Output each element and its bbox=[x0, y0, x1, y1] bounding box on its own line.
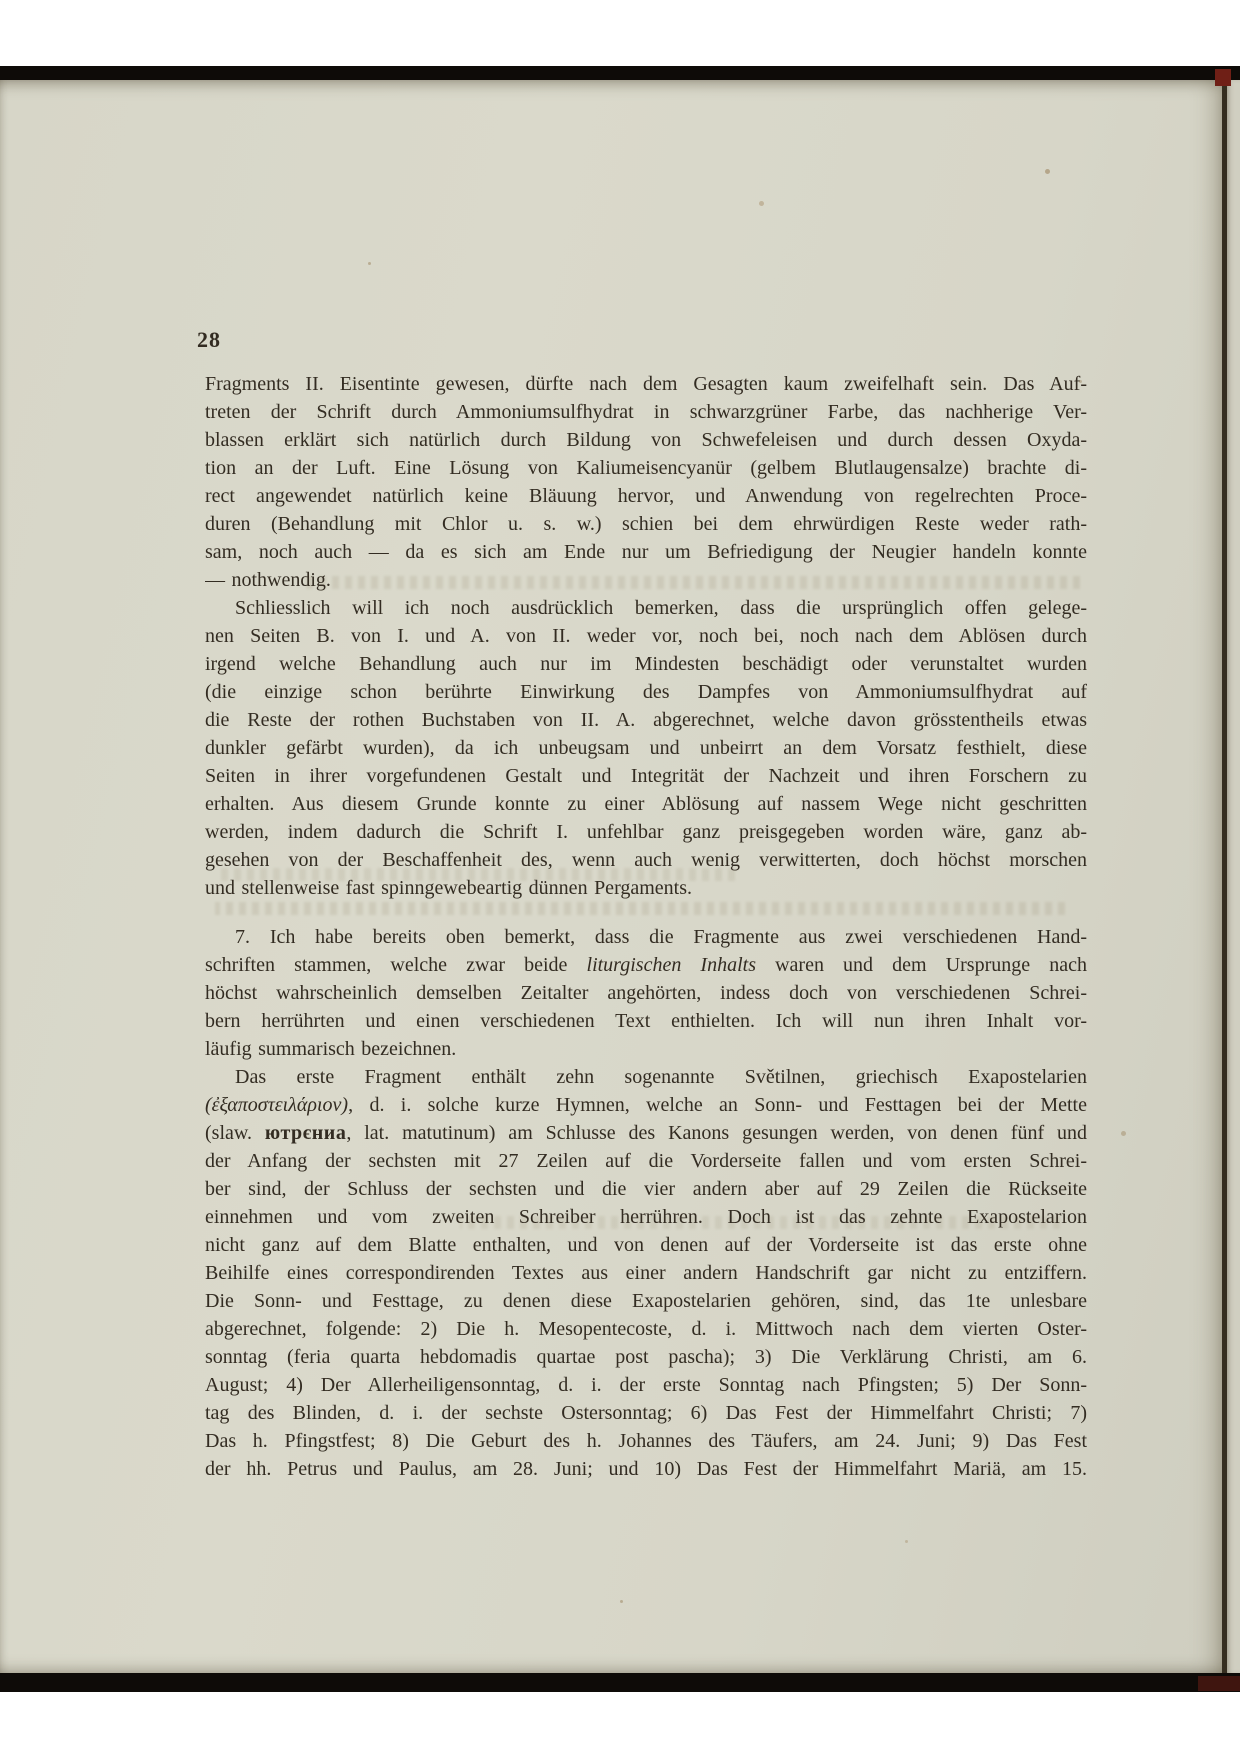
paragraph: Fragments II. Eisentinte gewesen, dürfte… bbox=[205, 370, 1087, 594]
text-line: die Reste der rothen Buchstaben von II. … bbox=[205, 706, 1087, 734]
text-line: nen Seiten B. von I. und A. von II. wede… bbox=[205, 622, 1087, 650]
text-line: Schliesslich will ich noch ausdrücklich … bbox=[205, 594, 1087, 622]
text-line: tag des Blinden, d. i. der sechste Oster… bbox=[205, 1399, 1087, 1427]
text-line: Fragments II. Eisentinte gewesen, dürfte… bbox=[205, 370, 1087, 398]
book-page: 28 Fragments II. Eisentinte gewesen, dür… bbox=[0, 80, 1222, 1673]
paragraph: Schliesslich will ich noch ausdrücklich … bbox=[205, 594, 1087, 902]
book-cover-edge-top bbox=[0, 66, 1240, 80]
page-text: Fragments II. Eisentinte gewesen, dürfte… bbox=[205, 370, 1087, 1483]
text-line: abgerechnet, folgende: 2) Die h. Mesopen… bbox=[205, 1315, 1087, 1343]
text-line: ber sind, der Schluss der sechsten und d… bbox=[205, 1175, 1087, 1203]
text-line: Seiten in ihrer vorgefundenen Gestalt un… bbox=[205, 762, 1087, 790]
paragraph: Das erste Fragment enthält zehn sogenann… bbox=[205, 1063, 1087, 1483]
paragraph: 7. Ich habe bereits oben bemerkt, dass d… bbox=[205, 923, 1087, 1063]
text-line: sonntag (feria quarta hebdomadis quartae… bbox=[205, 1343, 1087, 1371]
paper-specks bbox=[0, 80, 3, 83]
text-line: der hh. Petrus und Paulus, am 28. Juni; … bbox=[205, 1455, 1087, 1483]
text-line: schriften stammen, welche zwar beide lit… bbox=[205, 951, 1087, 979]
text-line: rect angewendet natürlich keine Bläuung … bbox=[205, 482, 1087, 510]
adjacent-page-edge bbox=[1227, 80, 1240, 1673]
text-line: bern herrührten und einen verschiedenen … bbox=[205, 1007, 1087, 1035]
text-line: duren (Behandlung mit Chlor u. s. w.) sc… bbox=[205, 510, 1087, 538]
text-line: nicht ganz auf dem Blatte enthalten, und… bbox=[205, 1231, 1087, 1259]
text-line: treten der Schrift durch Ammoniumsulfhyd… bbox=[205, 398, 1087, 426]
text-line: — nothwendig. bbox=[205, 566, 1087, 594]
text-line: (ἐξαποστειλάριον), d. i. solche kurze Hy… bbox=[205, 1091, 1087, 1119]
text-line: Beihilfe eines correspondirenden Textes … bbox=[205, 1259, 1087, 1287]
text-line: höchst wahrscheinlich demselben Zeitalte… bbox=[205, 979, 1087, 1007]
text-line: blassen erklärt sich natürlich durch Bil… bbox=[205, 426, 1087, 454]
text-line: Die Sonn- und Festtage, zu denen diese E… bbox=[205, 1287, 1087, 1315]
red-binding-mark bbox=[1215, 69, 1231, 86]
text-line: der Anfang der sechsten mit 27 Zeilen au… bbox=[205, 1147, 1087, 1175]
binding-red-tint bbox=[1198, 1676, 1240, 1691]
text-line: und stellenweise fast spinngewebeartig d… bbox=[205, 874, 1087, 902]
text-line: erhalten. Aus diesem Grunde konnte zu ei… bbox=[205, 790, 1087, 818]
text-line: einnehmen und vom zweiten Schreiber herr… bbox=[205, 1203, 1087, 1231]
text-line: gesehen von der Beschaffenheit des, wenn… bbox=[205, 846, 1087, 874]
text-line: 7. Ich habe bereits oben bemerkt, dass d… bbox=[205, 923, 1087, 951]
text-line: (slaw. ютрєниа, lat. matutinum) am Schlu… bbox=[205, 1119, 1087, 1147]
scanned-book-page: 28 Fragments II. Eisentinte gewesen, dür… bbox=[0, 0, 1240, 1755]
page-number: 28 bbox=[197, 327, 221, 353]
book-cover-edge-bottom bbox=[0, 1673, 1240, 1692]
text-line: August; 4) Der Allerheiligensonntag, d. … bbox=[205, 1371, 1087, 1399]
text-line: irgend welche Behandlung auch nur im Min… bbox=[205, 650, 1087, 678]
text-line: tion an der Luft. Eine Lösung von Kalium… bbox=[205, 454, 1087, 482]
text-line: Das erste Fragment enthält zehn sogenann… bbox=[205, 1063, 1087, 1091]
text-line: sam, noch auch — da es sich am Ende nur … bbox=[205, 538, 1087, 566]
text-line: (die einzige schon berührte Einwirkung d… bbox=[205, 678, 1087, 706]
text-line: Das h. Pfingstfest; 8) Die Geburt des h.… bbox=[205, 1427, 1087, 1455]
text-line: läufig summarisch bezeichnen. bbox=[205, 1035, 1087, 1063]
text-line: werden, indem dadurch die Schrift I. unf… bbox=[205, 818, 1087, 846]
text-line: dunkler gefärbt wurden), da ich unbeugsa… bbox=[205, 734, 1087, 762]
